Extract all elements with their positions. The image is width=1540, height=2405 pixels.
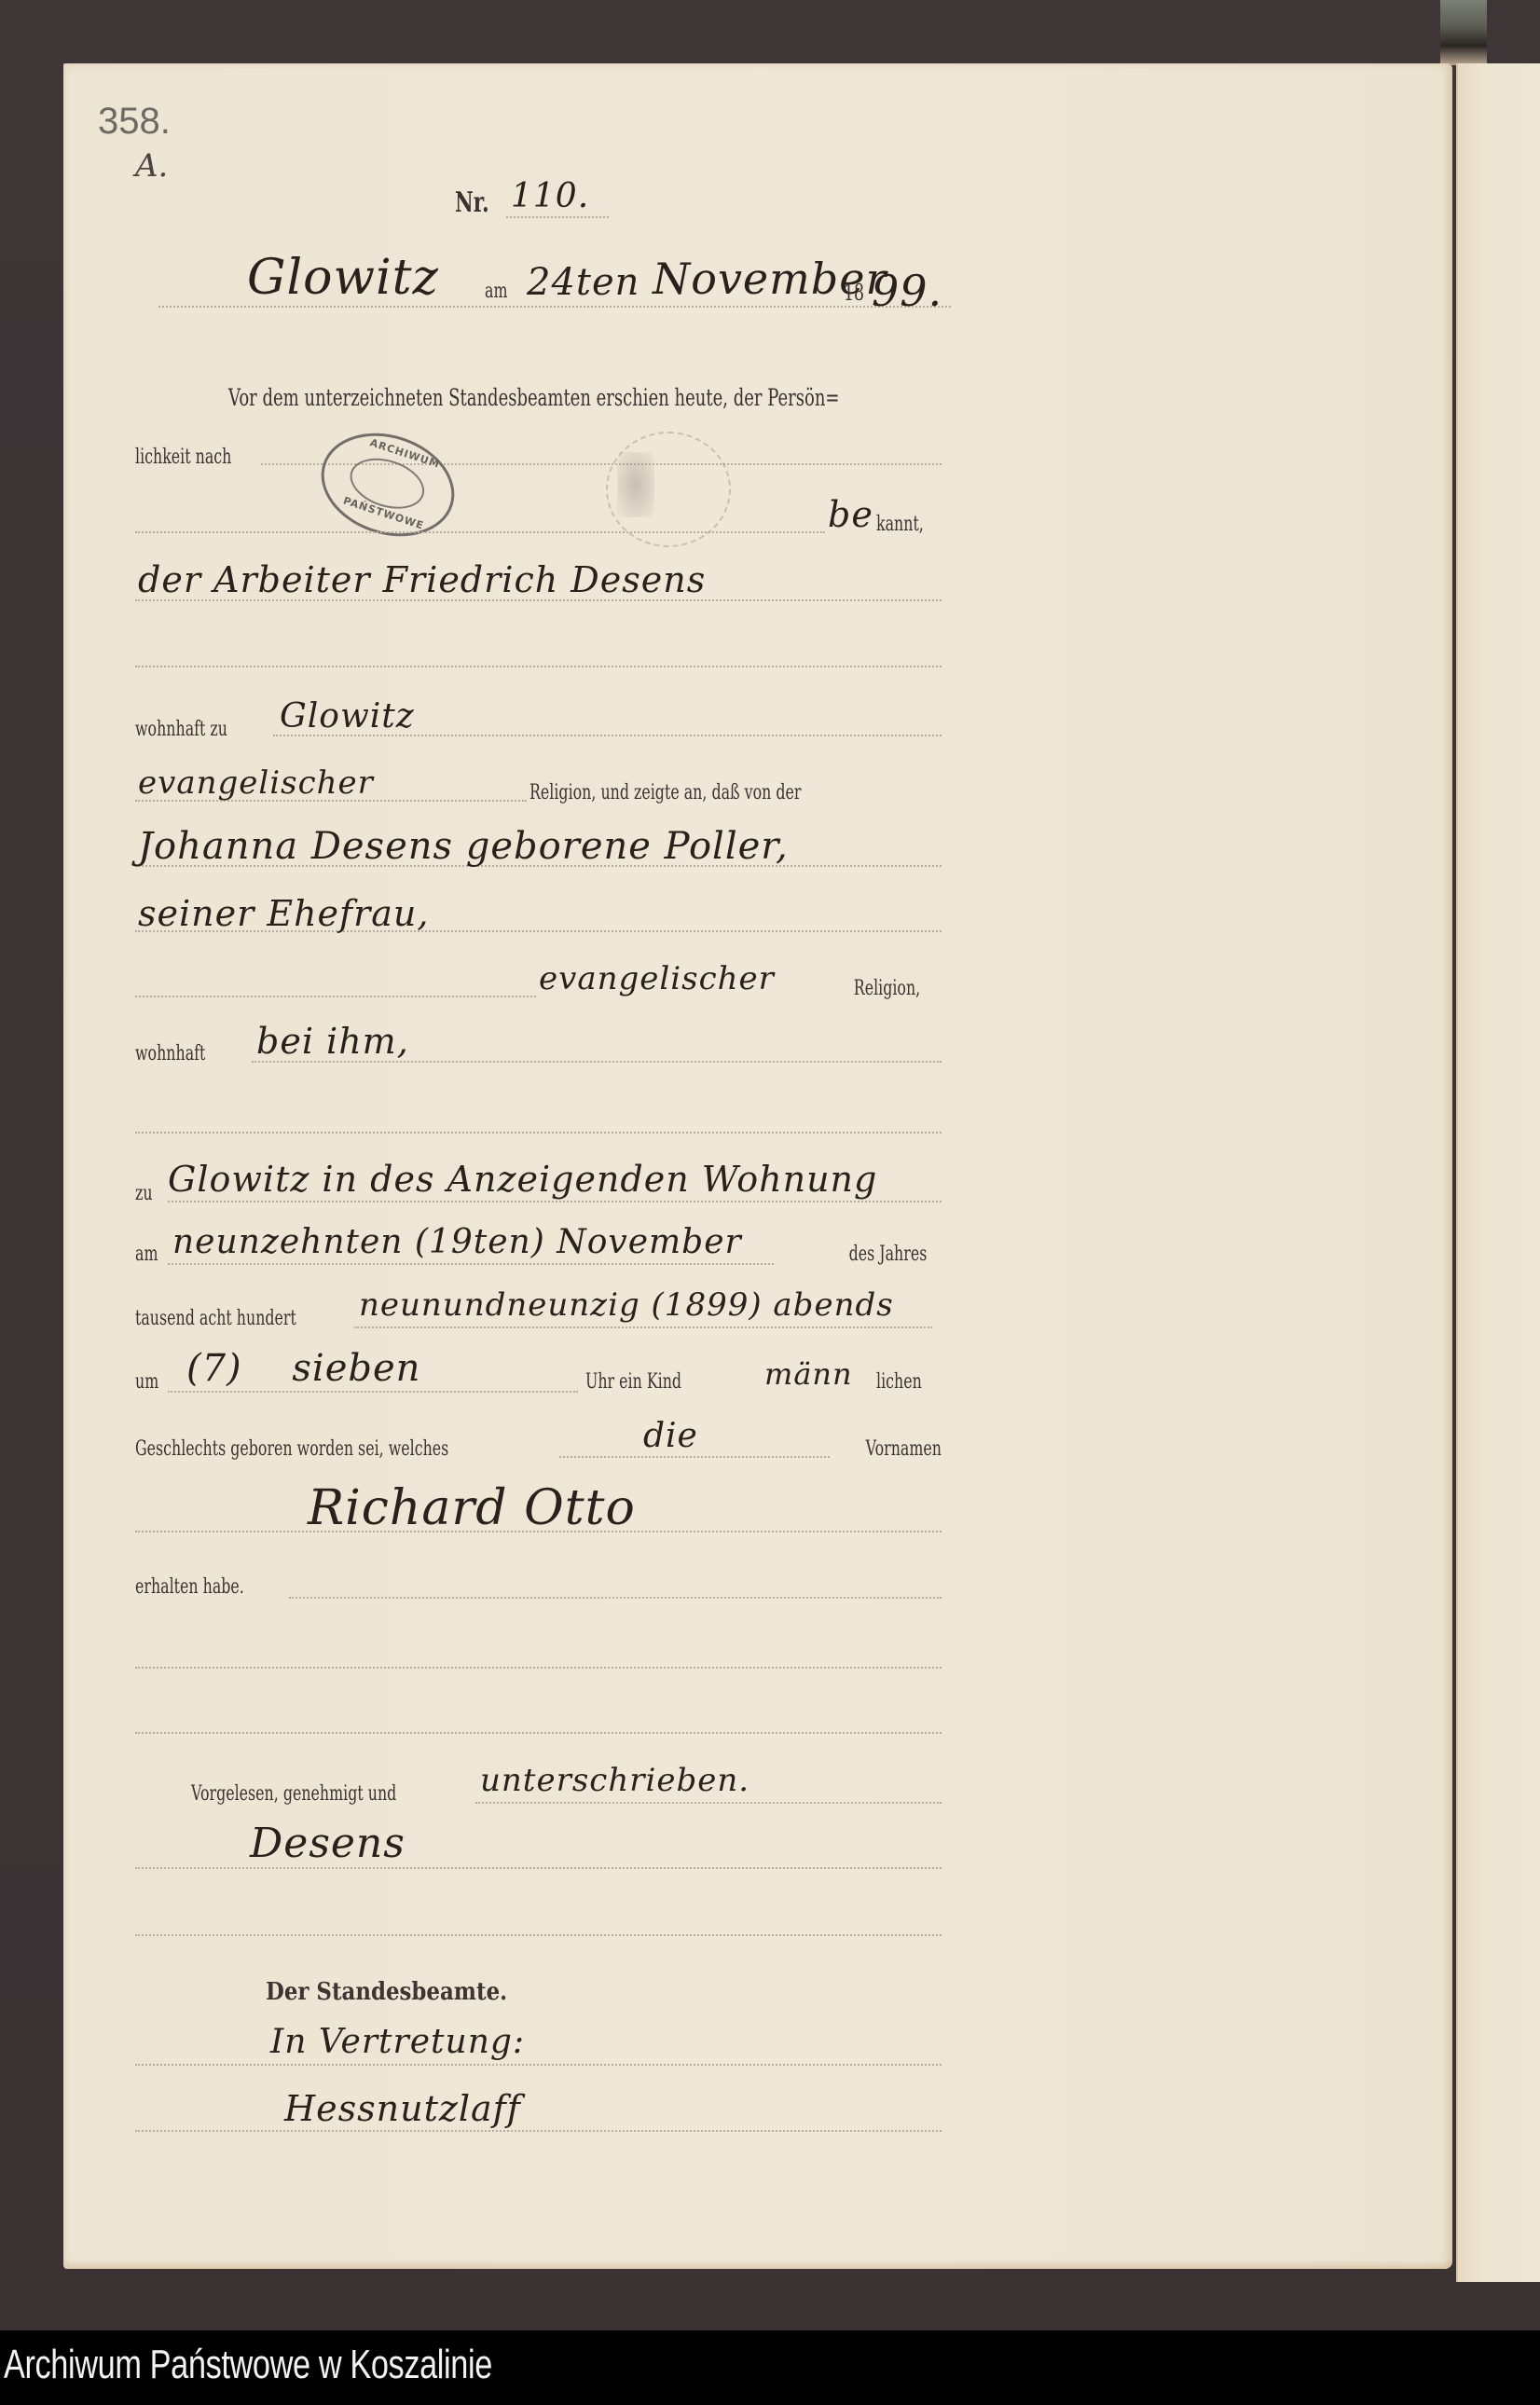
year-prefix: 18 [844,280,864,306]
dotted-line [475,1802,942,1804]
dotted-line [289,1597,942,1599]
faded-stamp [606,432,731,547]
relation: seiner Ehefrau, [138,893,430,934]
date-day: 24ten [527,261,639,304]
identity-label: lichkeit nach [135,446,231,469]
residence-label: wohnhaft zu [135,718,227,741]
place-name: Glowitz [247,250,439,306]
dotted-line [135,996,536,997]
mother-residence: bei ihm, [256,1021,409,1062]
child-label: Uhr ein Kind [585,1370,681,1394]
register-letter: A. [135,147,168,185]
gender-line: Geschlechts geboren worden sei, welches [135,1437,448,1461]
book-binding [1440,0,1487,65]
declarant-signature: Desens [250,1820,406,1867]
declarant-name: der Arbeiter Friedrich Desens [138,559,706,600]
dotted-line [135,2064,942,2066]
stamp-smudge [617,452,654,517]
archive-caption: Archiwum Państwowe w Koszalinie [4,2342,492,2388]
am-label: am [485,280,507,303]
religion-line-suffix: Religion, und zeigte an, daß von der [529,781,801,804]
official-signature: Hessnutzlaff [284,2088,521,2129]
dotted-line [135,1934,942,1936]
entry-number: 110. [511,177,589,215]
dotted-line [506,216,609,218]
gender-line-handwritten: die [643,1417,698,1455]
child-sex-suffix: lichen [876,1370,922,1394]
received-label: erhalten habe. [135,1575,244,1599]
dotted-line [168,1391,578,1393]
dotted-line [354,1326,932,1328]
official-title: Der Standesbeamte. [266,1978,507,2006]
vornamen-label: Vornamen [866,1437,942,1461]
dotted-line [135,666,942,667]
year-handwritten: neunundneunzig (1899) abends [359,1286,894,1324]
dotted-line [135,1732,942,1734]
mother-religion-suffix: Religion, [854,977,920,1000]
year-suffix: 99. [872,266,942,316]
birthdate-day: neunzehnten (19ten) November [172,1223,742,1261]
closing-handwritten: unterschrieben. [480,1762,749,1799]
dotted-line [135,1132,942,1134]
birthdate-suffix: des Jahres [849,1243,928,1266]
identity-suffix: kannt, [876,513,924,536]
dotted-line [135,531,825,533]
official-deputy: In Vertretung: [270,2023,525,2061]
adjacent-page-edge [1456,63,1540,2282]
closing-label: Vorgelesen, genehmigt und [191,1782,396,1806]
child-names: Richard Otto [308,1480,636,1536]
mother-name: Johanna Desens geborene Poller, [138,825,789,868]
intro-line: Vor dem unterzeichneten Standesbeamten e… [228,384,967,411]
time-label: um [135,1370,158,1394]
dotted-line [158,306,951,308]
dotted-line [135,1867,942,1869]
residence-value: Glowitz [280,697,415,735]
time-handwritten: (7) sieben [186,1347,420,1390]
child-sex: männ [764,1356,853,1392]
dotted-line [135,1667,942,1669]
year-label: tausend acht hundert [135,1307,296,1330]
folio-number: 358. [98,101,171,143]
mother-religion: evangelischer [539,960,775,997]
mother-residence-label: wohnhaft [135,1042,205,1065]
birthplace-label: zu [135,1182,153,1205]
entry-number-label: Nr. [455,186,489,219]
identity-handwritten: be [828,494,873,535]
dotted-line [559,1456,830,1458]
dotted-line [168,1263,774,1265]
dotted-line [135,2130,942,2132]
declarant-religion: evangelischer [138,764,374,802]
birthdate-label: am [135,1243,158,1266]
dotted-line [168,1201,942,1202]
birthplace: Glowitz in des Anzeigenden Wohnung [168,1159,877,1200]
